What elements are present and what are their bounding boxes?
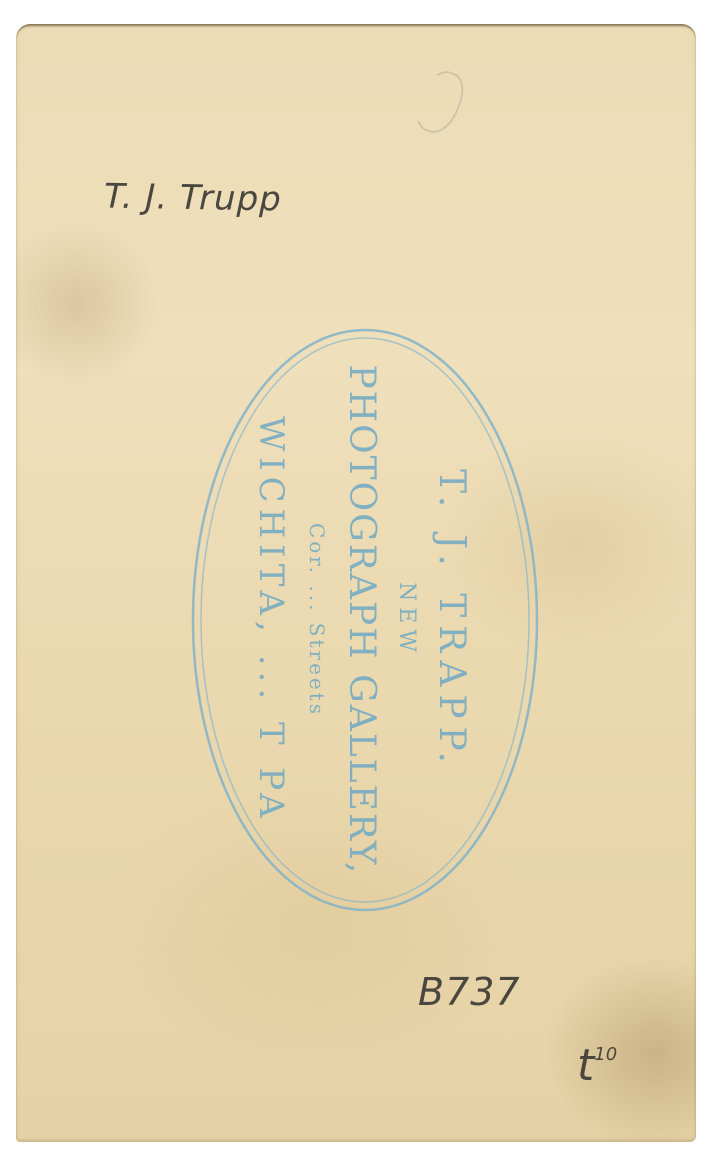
price-letter: t (577, 1040, 594, 1091)
stamp-line-4: Cor. ... Streets (305, 523, 329, 717)
stamp-line-3: PHOTOGRAPH GALLERY, (341, 365, 382, 876)
photographer-stamp: T. J. TRAPP. NEW PHOTOGRAPH GALLERY, Cor… (0, 0, 709, 1157)
price-superscript: 10 (594, 1044, 617, 1065)
stamp-line-1: T. J. TRAPP. (431, 469, 472, 771)
stamp-line-5: WICHITA, ... T PA (251, 416, 291, 824)
catalog-number: B737 (418, 970, 521, 1014)
price-mark: t10 (577, 1040, 617, 1091)
stamp-line-2: NEW (394, 582, 419, 658)
